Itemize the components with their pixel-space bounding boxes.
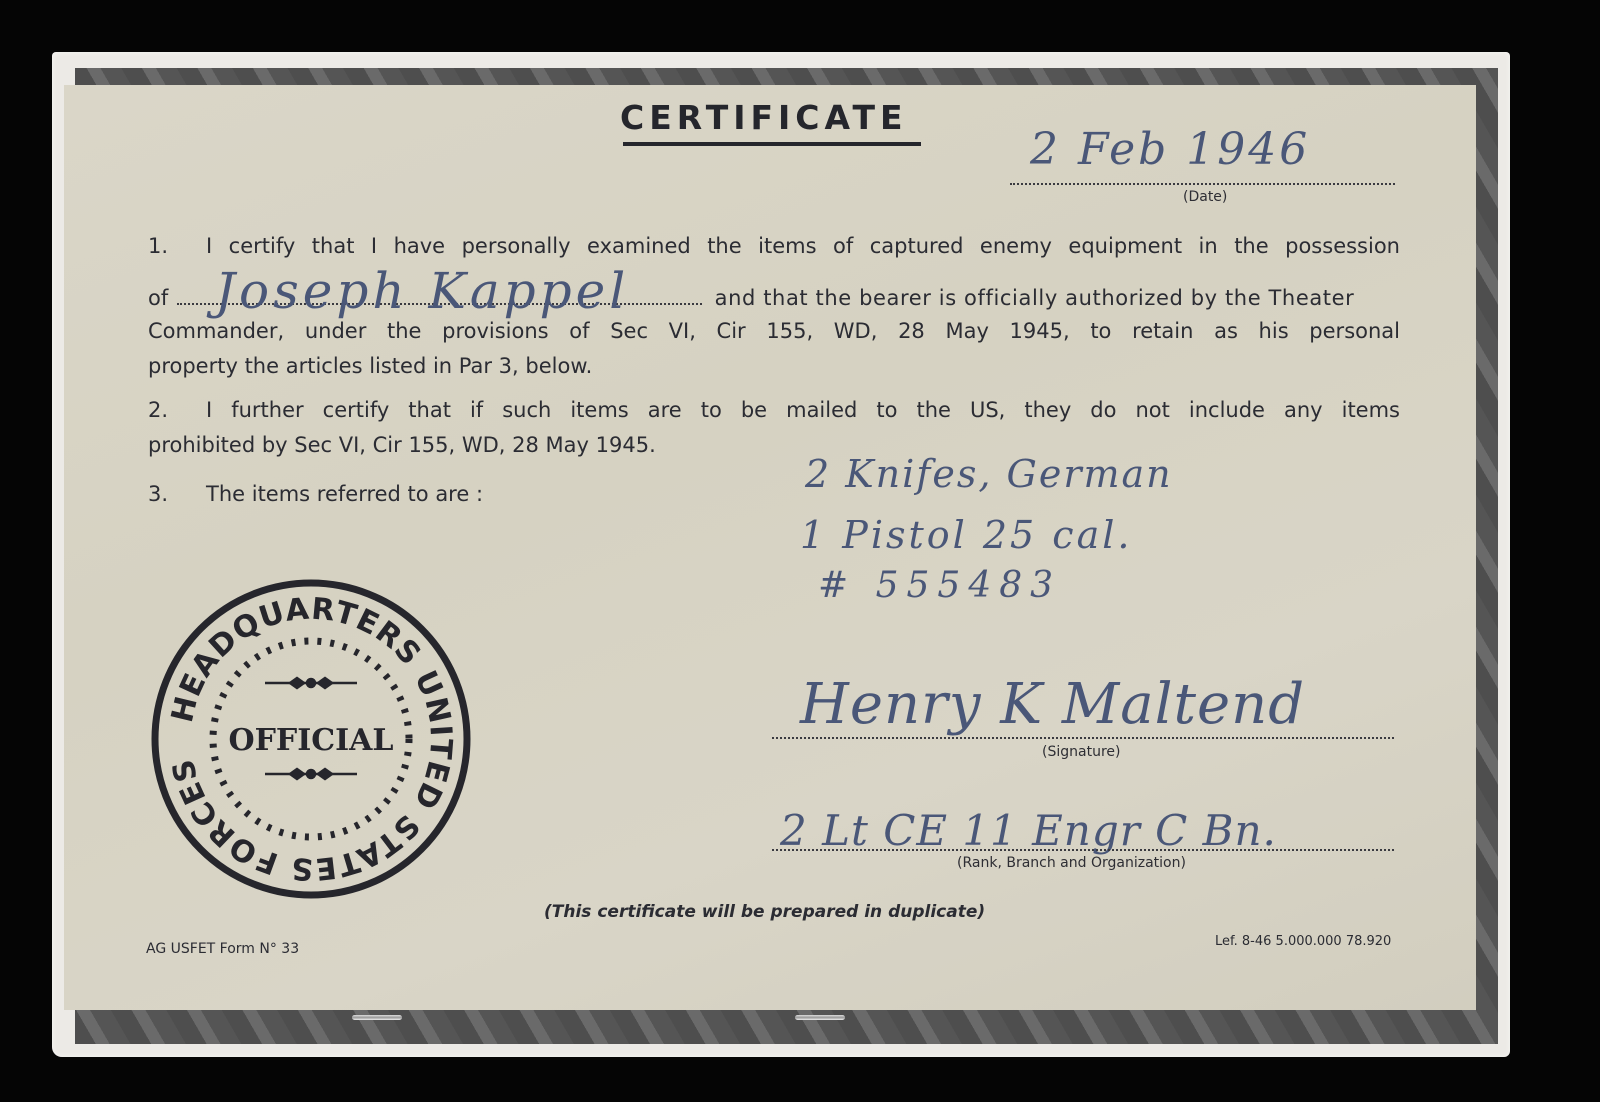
- date-line: [1010, 183, 1395, 185]
- paragraph-1-line-4: property the articles listed in Par 3, b…: [148, 356, 1400, 377]
- title-underline: [623, 142, 921, 146]
- paragraph-2-number: 2.: [148, 400, 206, 421]
- signature-caption: (Signature): [1042, 744, 1120, 760]
- staple: [352, 1015, 402, 1020]
- stamp-center-text: OFFICIAL: [228, 723, 393, 758]
- paragraph-3-number: 3.: [148, 484, 206, 505]
- paragraph-3-line: 3.The items referred to are :: [148, 484, 1400, 505]
- paragraph-2-line-1: 2.I further certify that if such items a…: [148, 400, 1400, 421]
- rank-line: [772, 849, 1394, 851]
- rank-caption: (Rank, Branch and Organization): [957, 855, 1186, 871]
- item-2: 1 Pistol 25 cal.: [800, 513, 1132, 557]
- item-1: 2 Knifes, German: [805, 452, 1173, 496]
- staple: [795, 1015, 845, 1020]
- bearer-name: Joseph Kappel: [215, 262, 629, 320]
- certificate-title: CERTIFICATE: [620, 98, 908, 137]
- paragraph-1-line-1: 1.I certify that I have personally exami…: [148, 236, 1400, 257]
- duplicate-note: (This certificate will be prepared in du…: [544, 902, 985, 922]
- date-value: 2 Feb 1946: [1030, 124, 1310, 175]
- form-number: AG USFET Form N° 33: [146, 941, 299, 957]
- paragraph-2-line-2: prohibited by Sec VI, Cir 155, WD, 28 Ma…: [148, 435, 1400, 456]
- paragraph-1-number: 1.: [148, 236, 206, 257]
- rank-value: 2 Lt CE 11 Engr C Bn.: [780, 806, 1277, 855]
- date-caption: (Date): [1183, 189, 1227, 205]
- official-seal-icon: HEADQUARTERS UNITED STATES FORCES EUROPE…: [150, 578, 472, 900]
- signature-line: [772, 737, 1394, 739]
- signature-value: Henry K Maltend: [800, 672, 1305, 737]
- paragraph-1-line-3: Commander, under the provisions of Sec V…: [148, 321, 1400, 342]
- print-reference: Lef. 8-46 5.000.000 78.920: [1215, 934, 1391, 949]
- item-3: # 555483: [818, 565, 1061, 606]
